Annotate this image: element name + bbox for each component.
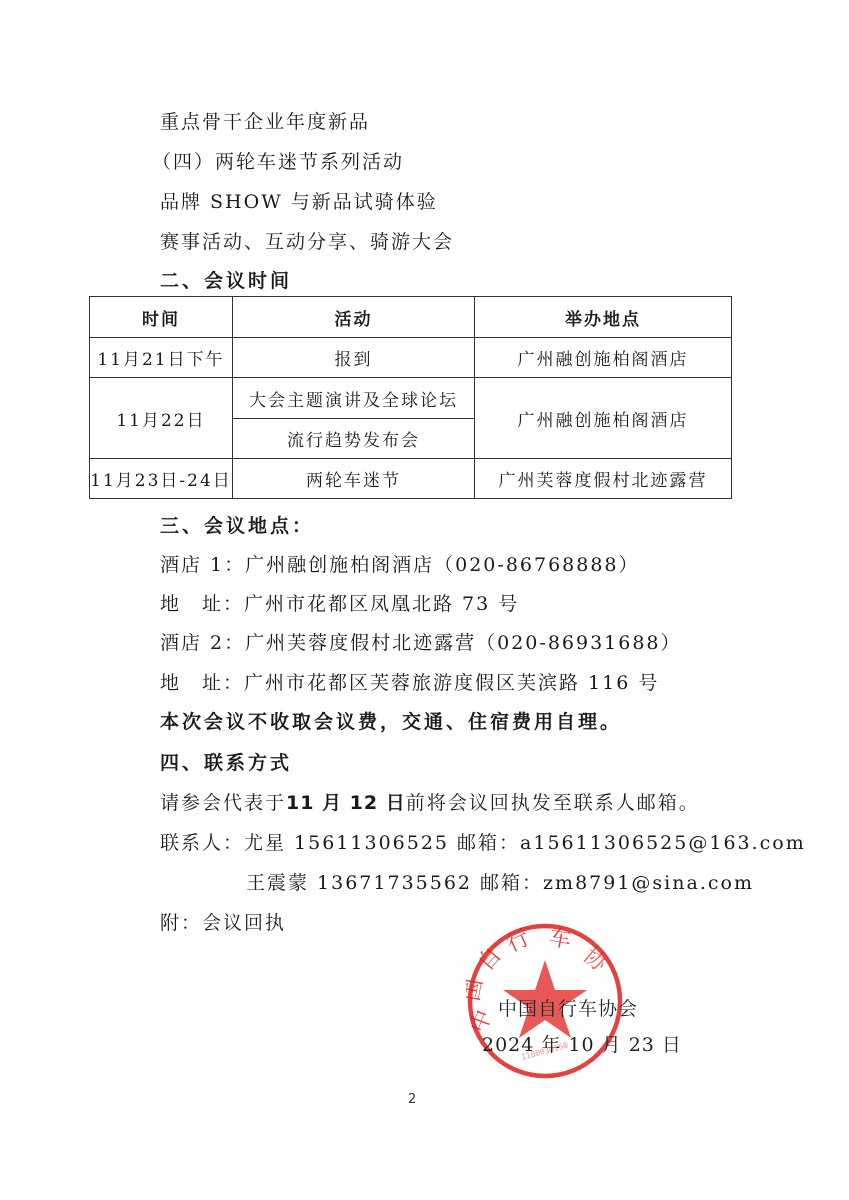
intro-line-2: （四）两轮车迷节系列活动 [152,150,404,174]
cell-activity: 大会主题演讲及全球论坛 [233,378,475,419]
cell-time: 11月22日 [90,378,233,459]
fee-note: 本次会议不收取会议费，交通、住宿费用自理。 [160,710,622,734]
section2-heading: 二、会议时间 [160,269,292,293]
header-activity: 活动 [233,297,475,338]
cell-venue: 广州融创施柏阁酒店 [475,338,732,378]
contact2-line: 王震蒙 13671735562 邮箱：zm8791@sina.com [246,871,754,895]
schedule-table: 时间 活动 举办地点 11月21日下午 报到 广州融创施柏阁酒店 11月22日 … [89,296,732,499]
signature-date: 2024 年 10 月 23 日 [482,1030,682,1057]
page-number: 2 [408,1092,416,1107]
section3-heading: 三、会议地点： [160,514,314,538]
svg-text:车: 车 [547,925,573,953]
intro-line-1: 重点骨干企业年度新品 [160,110,370,134]
address2-line: 地 址：广州市花都区芙蓉旅游度假区芙滨路 116 号 [160,671,659,695]
contact1-line: 联系人：尤星 15611306525 邮箱：a15611306525@163.c… [160,831,806,855]
cell-activity: 报到 [233,338,475,378]
attachment-line: 附：会议回执 [160,911,286,935]
table-row: 11月21日下午 报到 广州融创施柏阁酒店 [90,338,732,378]
instruction-line: 请参会代表于11 月 12 日前将会议回执发至联系人邮箱。 [160,791,700,815]
instruction-suffix: 前将会议回执发至联系人邮箱。 [406,792,700,814]
hotel1-line: 酒店 1：广州融创施柏阁酒店（020-86768888） [160,553,640,577]
cell-time: 11月21日下午 [90,338,233,378]
cell-activity: 流行趋势发布会 [233,419,475,459]
cell-time: 11月23日-24日 [90,459,233,499]
table-header-row: 时间 活动 举办地点 [90,297,732,338]
cell-venue: 广州芙蓉度假村北迹露营 [475,459,732,499]
instruction-prefix: 请参会代表于 [160,792,286,814]
header-time: 时间 [90,297,233,338]
section4-heading: 四、联系方式 [160,751,292,775]
signature-org: 中国自行车协会 [498,994,638,1021]
intro-line-3: 品牌 SHOW 与新品试骑体验 [160,190,438,214]
cell-activity: 两轮车迷节 [233,459,475,499]
table-row: 11月22日 大会主题演讲及全球论坛 广州融创施柏阁酒店 [90,378,732,419]
instruction-date: 11 月 12 日 [286,792,406,814]
intro-line-4: 赛事活动、互动分享、骑游大会 [160,230,454,254]
table-row: 11月23日-24日 两轮车迷节 广州芙蓉度假村北迹露营 [90,459,732,499]
svg-text:协: 协 [578,943,612,977]
svg-text:行: 行 [503,925,534,957]
svg-text:国: 国 [466,977,488,1003]
hotel2-line: 酒店 2：广州芙蓉度假村北迹露营（020-86931688） [160,631,682,655]
header-venue: 举办地点 [475,297,732,338]
cell-venue: 广州融创施柏阁酒店 [475,378,732,459]
address1-line: 地 址：广州市花都区凤凰北路 73 号 [160,592,519,616]
